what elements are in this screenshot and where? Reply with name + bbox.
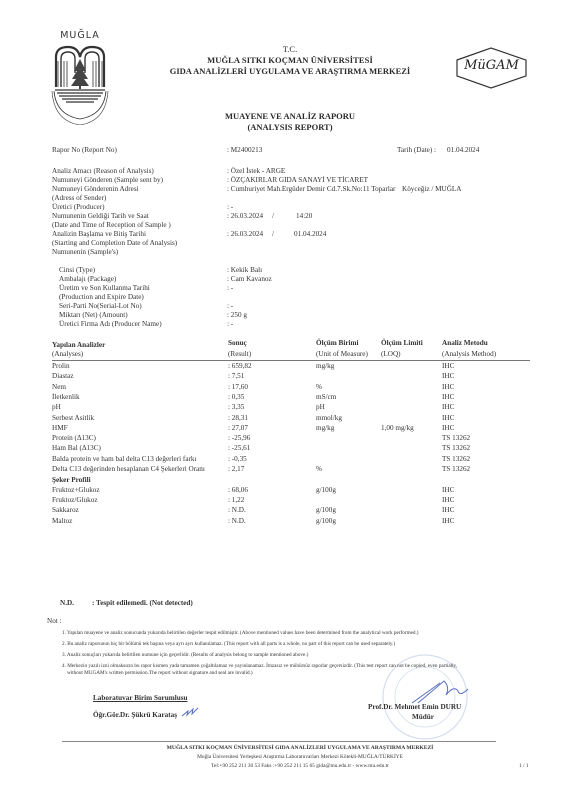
footer-address: Muğla Üniversitesi Yerleşkesi Araştırma … xyxy=(100,754,500,760)
analysis-name: pH xyxy=(52,403,61,411)
analysis-name: Nem xyxy=(52,383,66,391)
sample-value: : 250 g xyxy=(227,311,247,319)
analysis-result: : 3,35 xyxy=(228,403,244,411)
analysis-method: IHC xyxy=(442,393,454,401)
analysis-result: : 68,06 xyxy=(228,486,248,494)
analysis-method: TS 13262 xyxy=(442,455,470,463)
sample-label: Üretim ve Son Kullanma Tarihi xyxy=(59,284,150,292)
column-header: Sonuç xyxy=(228,339,247,347)
analysis-name: Fruktoz/Glukoz xyxy=(52,496,98,504)
analysis-name: Şeker Profili xyxy=(52,476,91,484)
analysis-name: Protein (Δ13C) xyxy=(52,434,96,442)
sample-value: : Cam Kavanoz xyxy=(227,275,272,283)
analysis-name: Fruktoz+Glukoz xyxy=(52,486,100,494)
analysis-method: TS 13262 xyxy=(442,465,470,473)
nd-text: : Tespit edilemedi. (Not detected) xyxy=(92,599,193,607)
report-title: MUAYENE VE ANALİZ RAPORU xyxy=(150,111,430,121)
analysis-unit: % xyxy=(316,465,322,473)
sample-value: : - xyxy=(227,284,233,292)
analysis-name: Balda protein ve ham bal delta C13 değer… xyxy=(52,455,197,463)
header-center-name: GIDA ANALİZLERİ UYGULAMA VE ARAŞTIRMA ME… xyxy=(150,66,430,76)
info-label: (Date and Time of Reception of Sample ) xyxy=(52,221,171,229)
analysis-name: Sakkaroz xyxy=(52,506,79,514)
analysis-name: Prolin xyxy=(52,362,70,370)
analysis-unit: mg/kg xyxy=(316,424,334,432)
sample-label: Seri-Parti No(Serial-Lot No) xyxy=(59,302,142,310)
university-emblem-icon xyxy=(50,43,110,125)
analysis-result: : N.D. xyxy=(228,506,246,514)
analysis-result: : N.D. xyxy=(228,517,246,525)
analysis-method: IHC xyxy=(442,486,454,494)
analysis-name: HMF xyxy=(52,424,68,432)
analysis-result: : 0,35 xyxy=(228,393,244,401)
info-label: Numunenin Geldiği Tarih ve Saat xyxy=(52,212,149,220)
analysis-method: IHC xyxy=(442,414,454,422)
column-header-en: (Result) xyxy=(228,350,251,358)
analysis-unit: g/100g xyxy=(316,506,336,514)
analysis-name: İletkenlik xyxy=(52,393,80,401)
column-header: Analiz Metodu xyxy=(442,339,488,347)
analysis-method: IHC xyxy=(442,424,454,432)
info-value: : 26.03.2024 xyxy=(227,212,263,220)
analysis-result: : -25,61 xyxy=(228,444,250,452)
info-label: (Adress of Sender) xyxy=(52,194,106,202)
analysis-result: : -0,35 xyxy=(228,455,247,463)
note-item: 2. Bu analiz raporunun hiç bir bölümü te… xyxy=(62,641,395,647)
info-value-extra: 14:20 xyxy=(296,212,312,220)
info-label: Numunenin (Sample's) xyxy=(52,248,118,256)
info-label: Analiz Amacı (Reason of Analysis) xyxy=(52,167,154,175)
analysis-method: IHC xyxy=(442,362,454,370)
nd-abbr: N.D. xyxy=(60,599,74,607)
page-number: 1 / 1 xyxy=(519,763,529,769)
header-university: MUĞLA SITKI KOÇMAN ÜNİVERSİTESİ xyxy=(150,55,430,65)
report-title-en: (ANALYSIS REPORT) xyxy=(150,122,430,132)
analysis-result: : 659,82 xyxy=(228,362,252,370)
info-separator: / xyxy=(272,212,274,220)
report-no-value: : M2400213 xyxy=(227,146,262,154)
analysis-name: Maltoz xyxy=(52,517,72,525)
analysis-result: : 27,07 xyxy=(228,424,248,432)
analysis-unit: mg/kg xyxy=(316,362,334,370)
date-value: 01.04.2024 xyxy=(447,146,479,154)
analysis-unit: % xyxy=(316,383,322,391)
analysis-result: : 28,31 xyxy=(228,414,248,422)
column-header: Ölçüm Birimi xyxy=(316,339,359,347)
note-item: without MUGAM's written permission.The r… xyxy=(67,670,253,676)
analysis-result: : 7,51 xyxy=(228,372,244,380)
mugam-logo-text: MüGAM xyxy=(453,58,530,73)
sample-label: Üretici Firma Adı (Producer Name) xyxy=(59,320,162,328)
date-label: Tarih (Date) : xyxy=(397,146,436,154)
column-header-en: (Analysis Method) xyxy=(442,350,496,358)
director-title: Müdür xyxy=(412,713,434,721)
sample-label: Miktarı (Net) (Amount) xyxy=(59,311,128,319)
header-tc: T.C. xyxy=(150,44,430,54)
analysis-unit: mmol/kg xyxy=(316,414,342,422)
report-no-label: Rapor No (Report No) xyxy=(52,146,117,154)
analysis-result: : 17,60 xyxy=(228,383,248,391)
signature-left-icon xyxy=(180,705,200,719)
footer-divider xyxy=(62,741,496,742)
analysis-method: IHC xyxy=(442,372,454,380)
info-label: (Starting and Completion Date of Analysi… xyxy=(52,239,177,247)
info-label: Üretici (Producer) xyxy=(52,203,105,211)
university-logo: MUĞLA xyxy=(50,30,110,125)
analysis-loq: 1,00 mg/kg xyxy=(381,424,414,432)
column-header: Yapılan Analizler xyxy=(52,341,105,349)
sample-label: (Production and Expire Date) xyxy=(59,293,144,301)
lab-supervisor-title: Laboratuvar Birim Sorumlusu xyxy=(93,694,188,702)
column-header-en: (LOQ) xyxy=(381,350,401,358)
analysis-method: IHC xyxy=(442,496,454,504)
analysis-name: Delta C13 değerinden hesaplanan C4 Şeker… xyxy=(52,465,205,473)
analysis-unit: g/100g xyxy=(316,486,336,494)
sample-value: : - xyxy=(227,320,233,328)
column-header-en: (Analyses) xyxy=(52,350,83,358)
analysis-name: Diastaz xyxy=(52,372,74,380)
sample-label: Ambalajı (Package) xyxy=(59,275,116,283)
info-value: : 26.03.2024 xyxy=(227,230,263,238)
note-item: 3. Analiz sonuçları yukarıda belirtilen … xyxy=(62,652,308,658)
note-item: 4. Merkezin yazılı izni olmaksızın bu ra… xyxy=(62,663,457,669)
mugam-logo: MüGAM xyxy=(453,46,530,90)
footer-center: MUĞLA SITKI KOÇMAN ÜNİVERSİTESİ GIDA ANA… xyxy=(100,745,500,751)
info-label: Numuneyi Gönderenin Adresi xyxy=(52,185,139,193)
analysis-method: IHC xyxy=(442,383,454,391)
info-label: Analizin Başlama ve Bitiş Tarihi xyxy=(52,230,146,238)
logo-text: MUĞLA xyxy=(54,30,106,41)
table-header-divider xyxy=(52,360,530,361)
info-value-extra: 01.04.2024 xyxy=(294,230,326,238)
lab-supervisor-name: Öğr.Gör.Dr. Şükrü Karataş xyxy=(93,711,177,719)
director-name: Prof.Dr. Mehmet Emin DURU xyxy=(368,703,461,711)
footer-contact: Tel:+90 252 211 30 53 Faks :+90 252 211 … xyxy=(100,763,500,769)
analysis-name: Ham Bal (Δ13C) xyxy=(52,444,101,452)
info-label: Numuneyi Gönderen (Sample sent by) xyxy=(52,176,163,184)
analysis-name: Serbest Asitlik xyxy=(52,414,94,422)
notes-title: Not : xyxy=(47,617,62,625)
analysis-result: : -25,96 xyxy=(228,434,250,442)
analysis-unit: g/100g xyxy=(316,517,336,525)
info-value: : Özel İstek - ARGE xyxy=(227,167,285,175)
analysis-method: IHC xyxy=(442,506,454,514)
sample-value: : - xyxy=(227,302,233,310)
analysis-method: TS 13262 xyxy=(442,444,470,452)
info-value-extra: Köyceğiz / MUĞLA xyxy=(402,185,461,193)
analysis-unit: pH xyxy=(316,403,325,411)
column-header-en: (Unit of Measure) xyxy=(316,350,368,358)
note-item: 1. Yapılan muayene ve analiz sonucunda y… xyxy=(62,630,419,636)
info-separator: / xyxy=(272,230,274,238)
info-value: : ÖZÇAKIRLAR GIDA SANAYİ VE TİCARET xyxy=(227,176,368,184)
analysis-result: : 2,17 xyxy=(228,465,244,473)
info-value: : Cumhuriyet Mah.Ergüder Demir Cd.7.Sk.N… xyxy=(227,185,395,193)
analysis-method: IHC xyxy=(442,403,454,411)
sample-value: : Kekik Balı xyxy=(227,266,262,274)
column-header: Ölçüm Limiti xyxy=(381,339,423,347)
info-value: : - xyxy=(227,203,233,211)
analysis-method: IHC xyxy=(442,517,454,525)
analysis-method: TS 13262 xyxy=(442,434,470,442)
sample-label: Cinsi (Type) xyxy=(59,266,95,274)
analysis-result: : 1,22 xyxy=(228,496,244,504)
analysis-unit: mS/cm xyxy=(316,393,336,401)
